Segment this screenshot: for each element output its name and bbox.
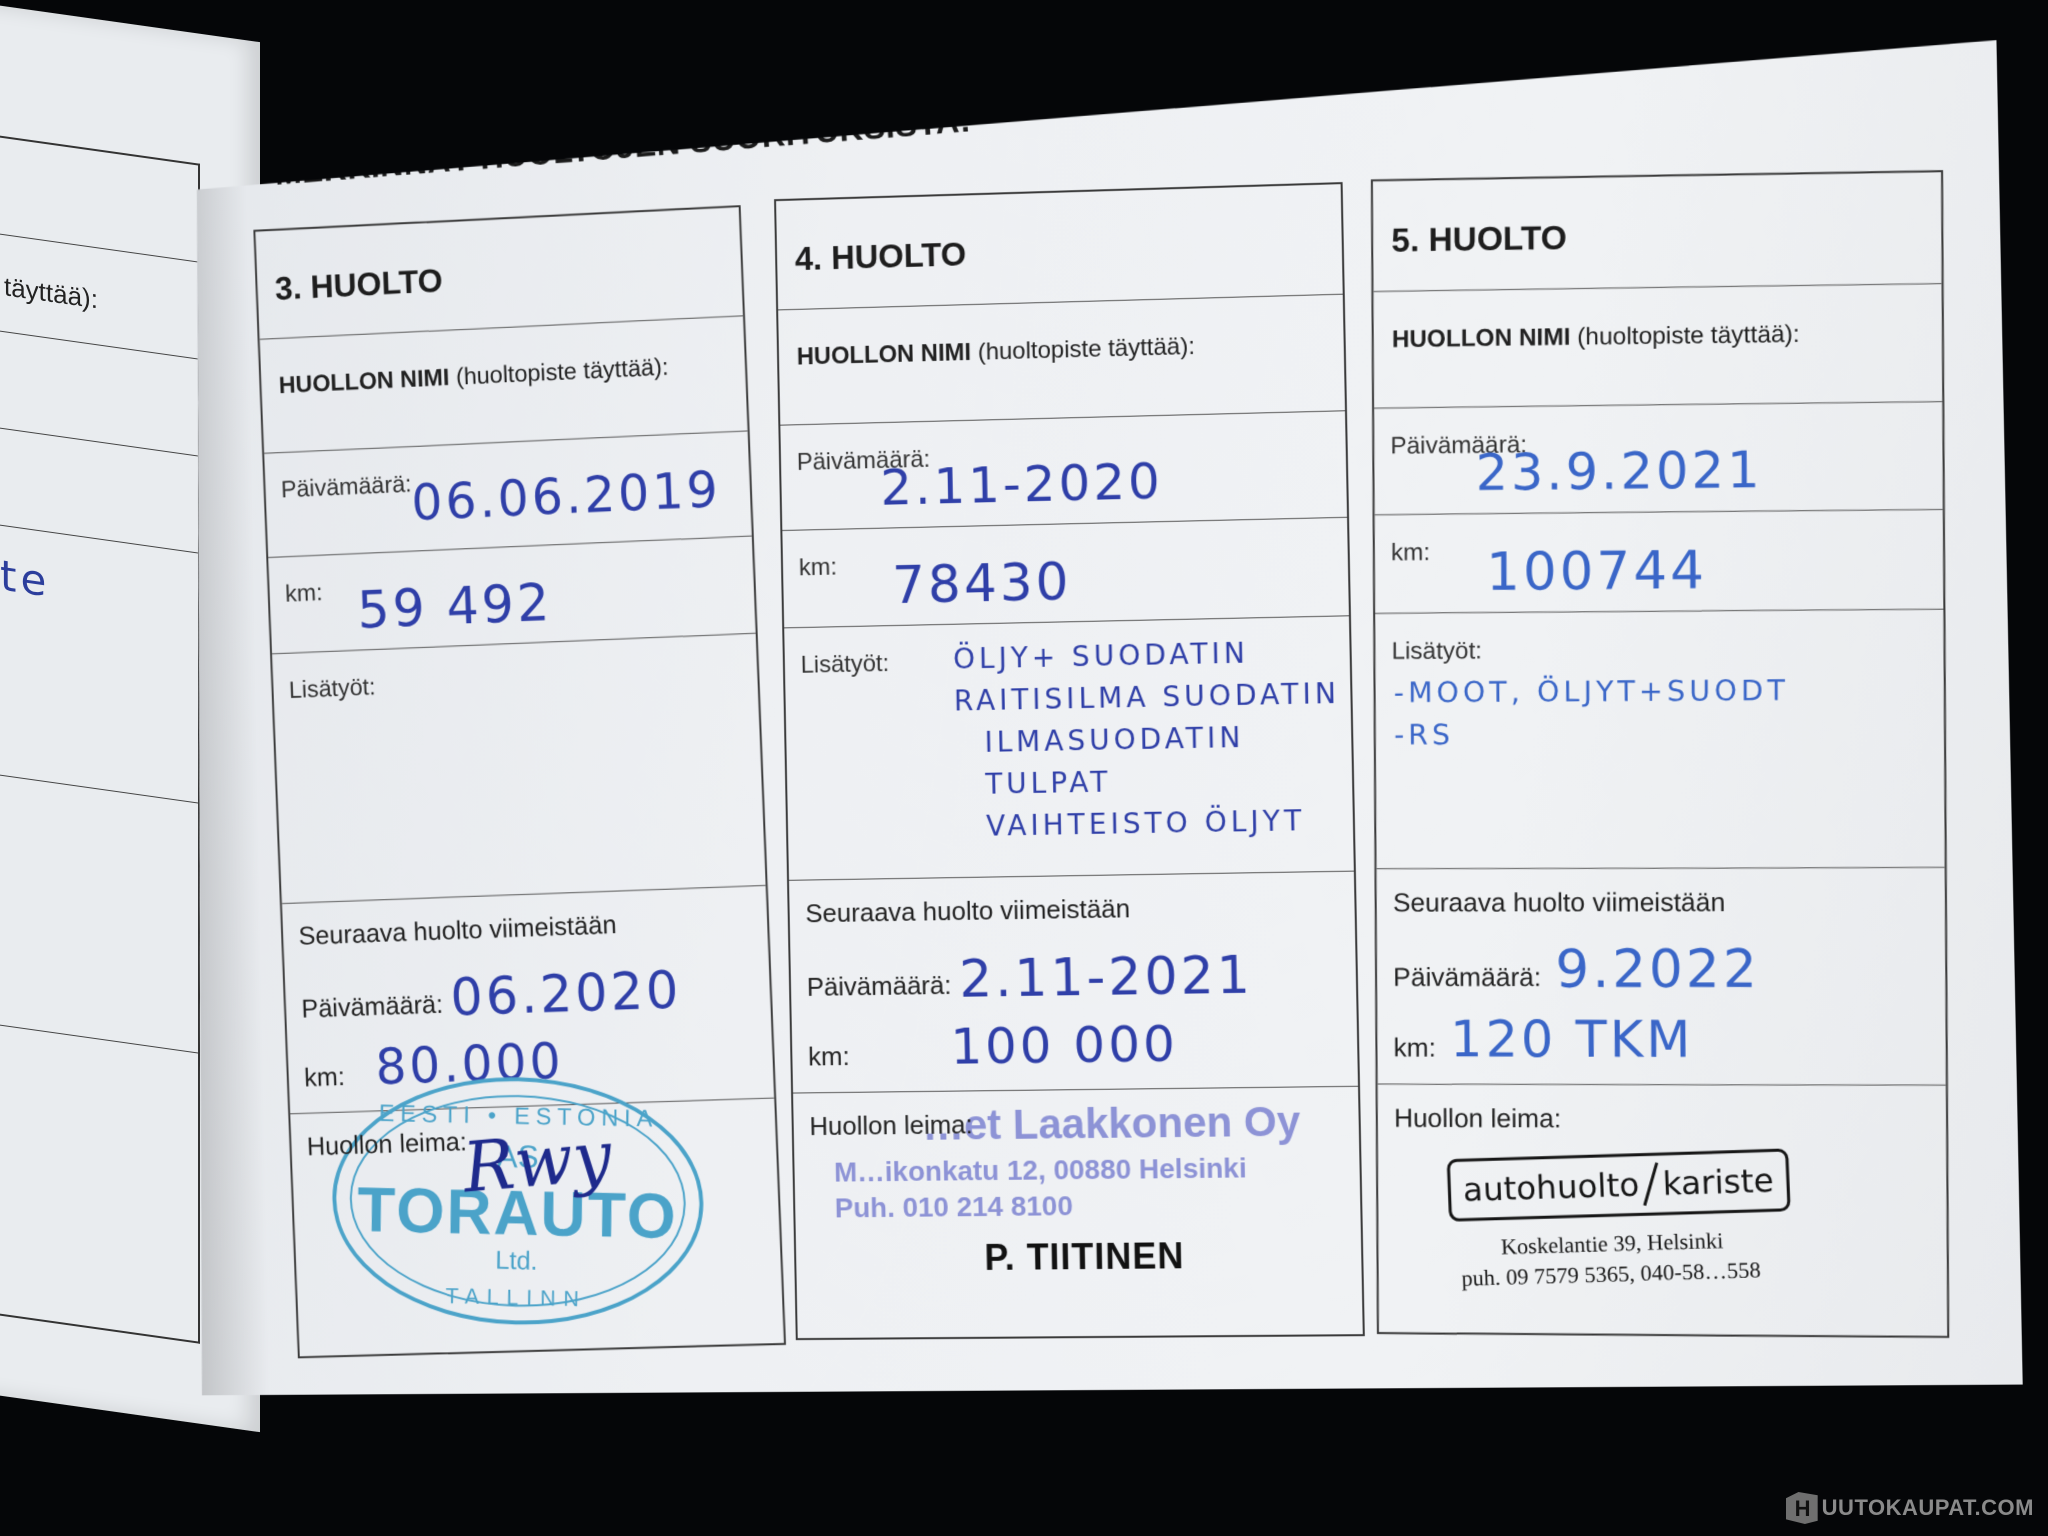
extra-work-label: Lisätyöt:	[288, 674, 376, 705]
extra-work-label: Lisätyöt:	[800, 650, 889, 680]
next-service-label: Seuraava huolto viimeistään	[298, 909, 617, 951]
page-title: MERKINNÄT HUOLTOJEN SUORITUKSISTA:	[273, 101, 972, 192]
next-km-value: 100 000	[950, 1015, 1178, 1076]
next-service-label: Seuraava huolto viimeistään	[1393, 887, 1726, 919]
extra-work-list: -MOOT, ÖLJYT+SUODT-RS	[1394, 670, 1790, 757]
next-date-label: Päivämäärä:	[1393, 962, 1541, 993]
date-label: Päivämäärä:	[281, 471, 413, 505]
service-name-label: HUOLLON NIMI (huoltopiste täyttää):	[1392, 321, 1800, 355]
extra-work-item: VAIHTEISTO ÖLJYT	[956, 799, 1343, 848]
huutokaupat-watermark: H UUTOKAUPAT.COM	[1786, 1492, 2034, 1524]
stamp-label: Huollon leima:	[1394, 1103, 1561, 1135]
service-km-value: 59 492	[356, 573, 553, 641]
previous-service-card: täyttää): te	[0, 130, 200, 1344]
extra-work-label: Lisätyöt:	[1391, 637, 1482, 666]
next-date-label: Päivämäärä:	[301, 989, 444, 1025]
extra-work-item: ILMASUODATIN	[954, 715, 1341, 764]
cube-h-logo-icon: H	[1786, 1492, 1818, 1524]
extra-work-item: TULPAT	[955, 757, 1342, 806]
watermark-text: UUTOKAUPAT.COM	[1822, 1495, 2034, 1521]
service-name-label: HUOLLON NIMI (huoltopiste täyttää):	[797, 333, 1196, 372]
service-date-value: 06.06.2019	[410, 460, 721, 531]
service-card-4: 4. HUOLTO HUOLLON NIMI (huoltopiste täyt…	[774, 182, 1365, 1340]
torauto-oval-stamp: EESTI • ESTONIA AS TORAUTO Ltd. TALLINN …	[331, 1074, 705, 1329]
next-date-label: Päivämäärä:	[807, 970, 952, 1003]
autohuolto-kariste-logo: autohuolto kariste	[1447, 1148, 1791, 1221]
service-card-3: 3. HUOLTO HUOLLON NIMI (huoltopiste täyt…	[253, 205, 786, 1358]
next-date-value: 2.11-2021	[959, 946, 1254, 1010]
technician-name: P. TIITINEN	[835, 1234, 1303, 1280]
previous-name-label: täyttää):	[4, 271, 98, 315]
next-service-label: Seuraava huolto viimeistään	[805, 893, 1130, 929]
next-km-label: km:	[808, 1041, 850, 1072]
extra-work-item: RAITISILMA SUODATIN	[954, 673, 1341, 723]
service-date-value: 23.9.2021	[1476, 441, 1763, 503]
km-label: km:	[799, 554, 838, 583]
km-label: km:	[1391, 539, 1430, 568]
service-record-page: MERKINNÄT HUOLTOJEN SUORITUKSISTA: 3. HU…	[178, 40, 2023, 1395]
service-title: 3. HUOLTO	[274, 262, 443, 308]
signature: Rwy	[460, 1115, 615, 1208]
photo-stage: täyttää): te MERKINNÄT HUOLTOJEN SUORITU…	[0, 0, 2048, 1536]
next-km-label: km:	[304, 1061, 346, 1093]
service-card-5: 5. HUOLTO HUOLLON NIMI (huoltopiste täyt…	[1371, 170, 1949, 1338]
next-date-value: 9.2022	[1555, 939, 1760, 1000]
service-title: 5. HUOLTO	[1391, 219, 1567, 260]
service-name-label: HUOLLON NIMI (huoltopiste täyttää):	[278, 354, 669, 400]
service-km-value: 78430	[892, 552, 1073, 616]
next-km-value: 120 TKM	[1450, 1010, 1694, 1069]
service-title: 4. HUOLTO	[795, 235, 967, 278]
extra-work-list: ÖLJY+ SUODATINRAITISILMA SUODATINILMASUO…	[953, 631, 1343, 849]
next-date-value: 06.2020	[449, 961, 682, 1028]
service-date-value: 2.11-2020	[880, 452, 1164, 517]
km-label: km:	[285, 579, 323, 608]
stamp-label: Huollon leima:	[306, 1126, 467, 1162]
stamp-label: Huollon leima:	[809, 1109, 973, 1142]
extra-work-item: -MOOT, ÖLJYT+SUODT	[1394, 670, 1789, 715]
service-km-value: 100744	[1486, 540, 1707, 602]
kariste-stamp: autohuolto kariste Koskelantie 39, Helsi…	[1447, 1148, 1794, 1292]
next-km-label: km:	[1394, 1032, 1437, 1063]
extra-work-item: -RS	[1394, 712, 1789, 756]
previous-handwriting: te	[0, 551, 50, 607]
